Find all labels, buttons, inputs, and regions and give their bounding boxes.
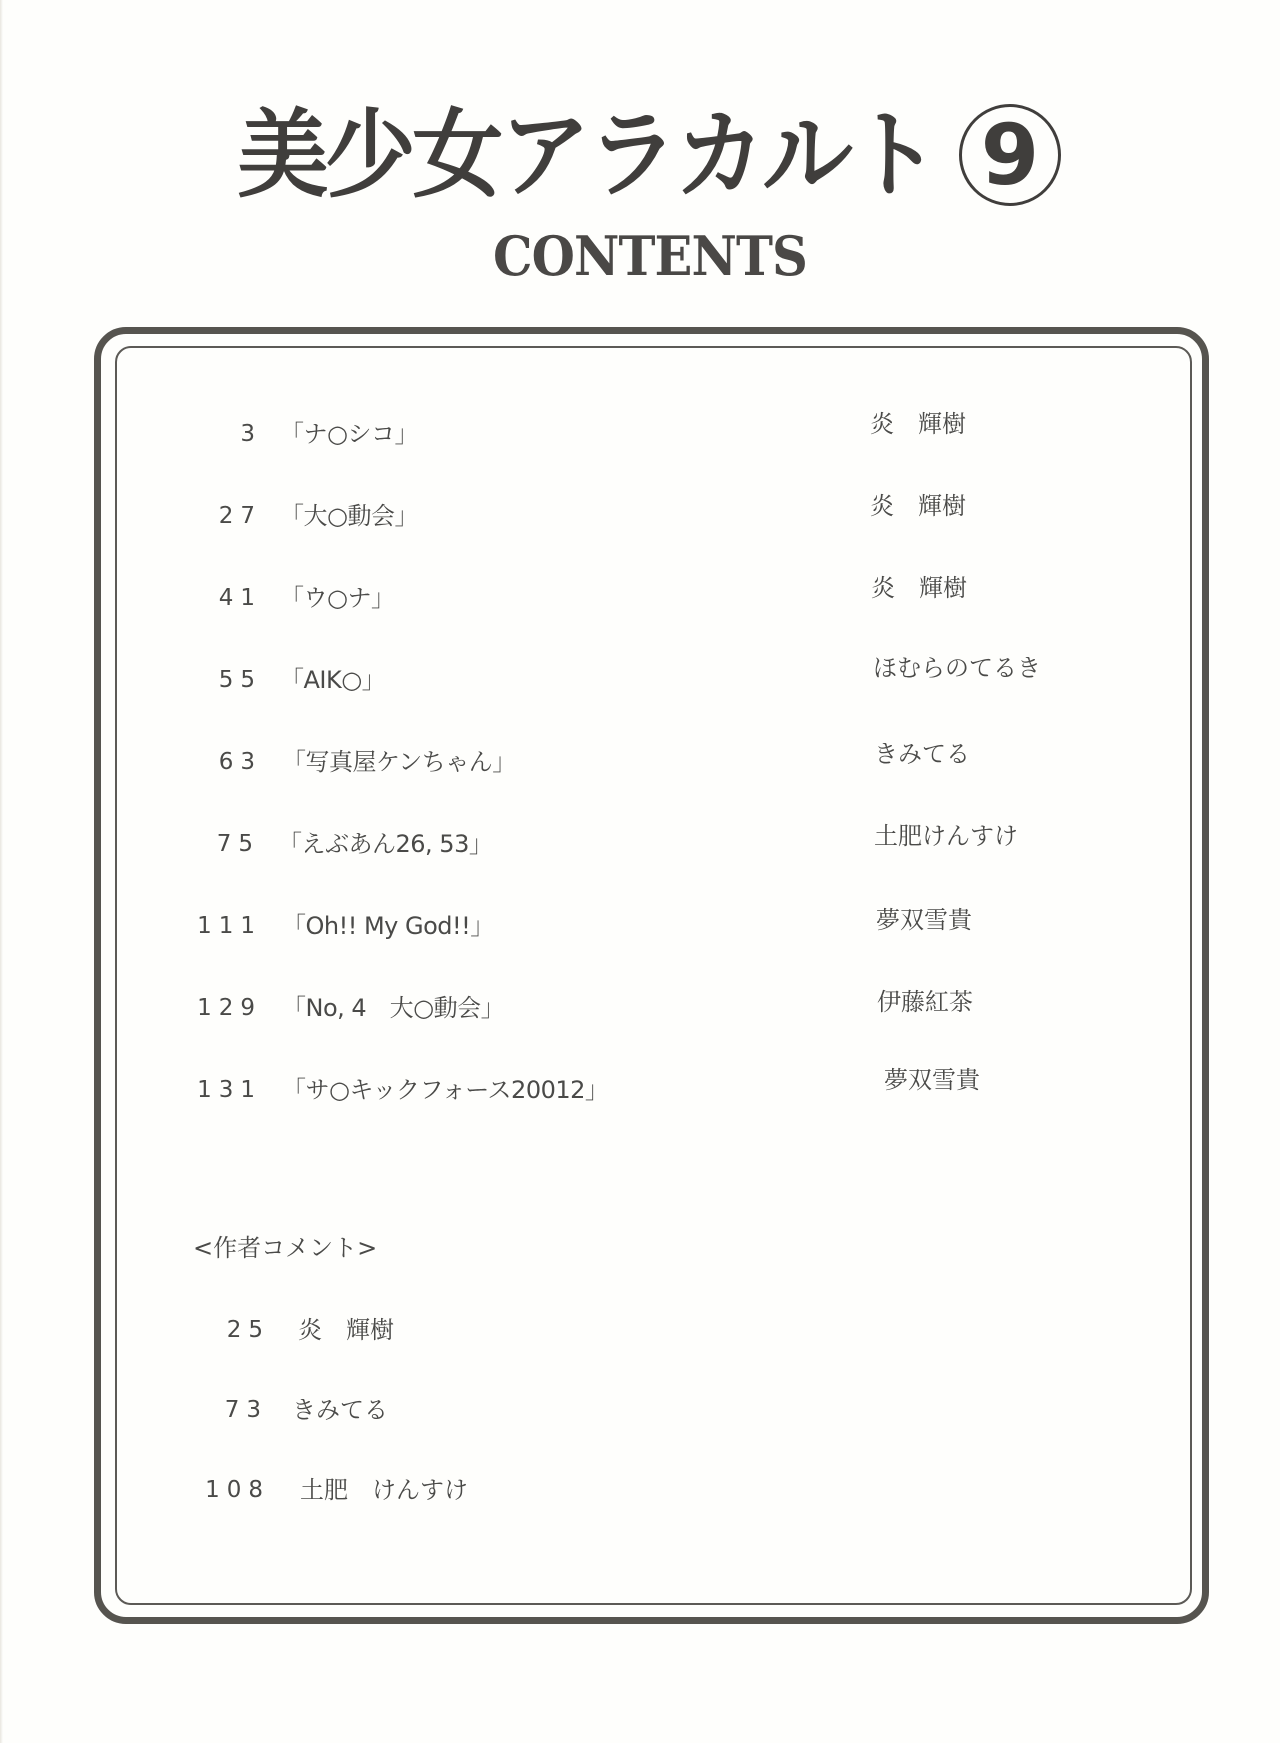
- toc-story-title: 「ナ○シコ」: [280, 414, 418, 454]
- book-title: 美少女アラカルト: [237, 100, 936, 210]
- toc-story-title: 「No, 4 大○動会」: [282, 988, 504, 1028]
- toc-page-number: 63: [172, 742, 262, 782]
- contents-heading: CONTENTS: [52, 226, 1248, 286]
- toc-page-number: 41: [172, 578, 262, 618]
- toc-page-number: 75: [170, 824, 260, 864]
- inner-border-frame: [115, 346, 1192, 1605]
- toc-story-title: 「大○動会」: [280, 496, 418, 536]
- toc-page-number: 129: [172, 988, 262, 1028]
- toc-page-number: 131: [172, 1070, 262, 1110]
- toc-story-title: 「えぶあん26, 53」: [278, 824, 492, 864]
- toc-story-title: 「写真屋ケンちゃん」: [282, 742, 516, 782]
- toc-author: 炎 輝樹: [870, 404, 966, 444]
- toc-page-number: 111: [172, 906, 262, 946]
- toc-author: ほむらのてるき: [873, 648, 1041, 688]
- toc-author: きみてる: [874, 734, 970, 774]
- comment-page-number: 73: [188, 1390, 268, 1430]
- comment-page-number: 108: [190, 1470, 270, 1510]
- comment-author: きみてる: [292, 1390, 388, 1430]
- toc-author: 夢双雪貴: [884, 1060, 980, 1100]
- book-title-block: 美少女アラカルト9: [0, 100, 1280, 210]
- toc-page-number: 3: [172, 414, 262, 454]
- author-comments-heading: <作者コメント>: [193, 1228, 377, 1268]
- comment-page-number: 25: [190, 1310, 270, 1350]
- toc-story-title: 「AIK○」: [280, 660, 385, 700]
- toc-author: 土肥けんすけ: [874, 816, 1018, 856]
- toc-author: 伊藤紅茶: [877, 982, 973, 1022]
- comment-author: 土肥 けんすけ: [300, 1470, 468, 1510]
- toc-story-title: 「サ○キックフォース20012」: [282, 1070, 608, 1110]
- toc-author: 炎 輝樹: [870, 486, 966, 526]
- toc-author: 炎 輝樹: [871, 568, 967, 608]
- toc-author: 夢双雪貴: [876, 900, 972, 940]
- toc-page-number: 27: [172, 496, 262, 536]
- toc-page-number: 55: [172, 660, 262, 700]
- comment-author: 炎 輝樹: [298, 1310, 394, 1350]
- toc-story-title: 「Oh!! My God!!」: [282, 906, 494, 946]
- page-binding-edge: [0, 0, 3, 1743]
- volume-number-circle: 9: [959, 104, 1061, 206]
- toc-story-title: 「ウ○ナ」: [280, 578, 394, 618]
